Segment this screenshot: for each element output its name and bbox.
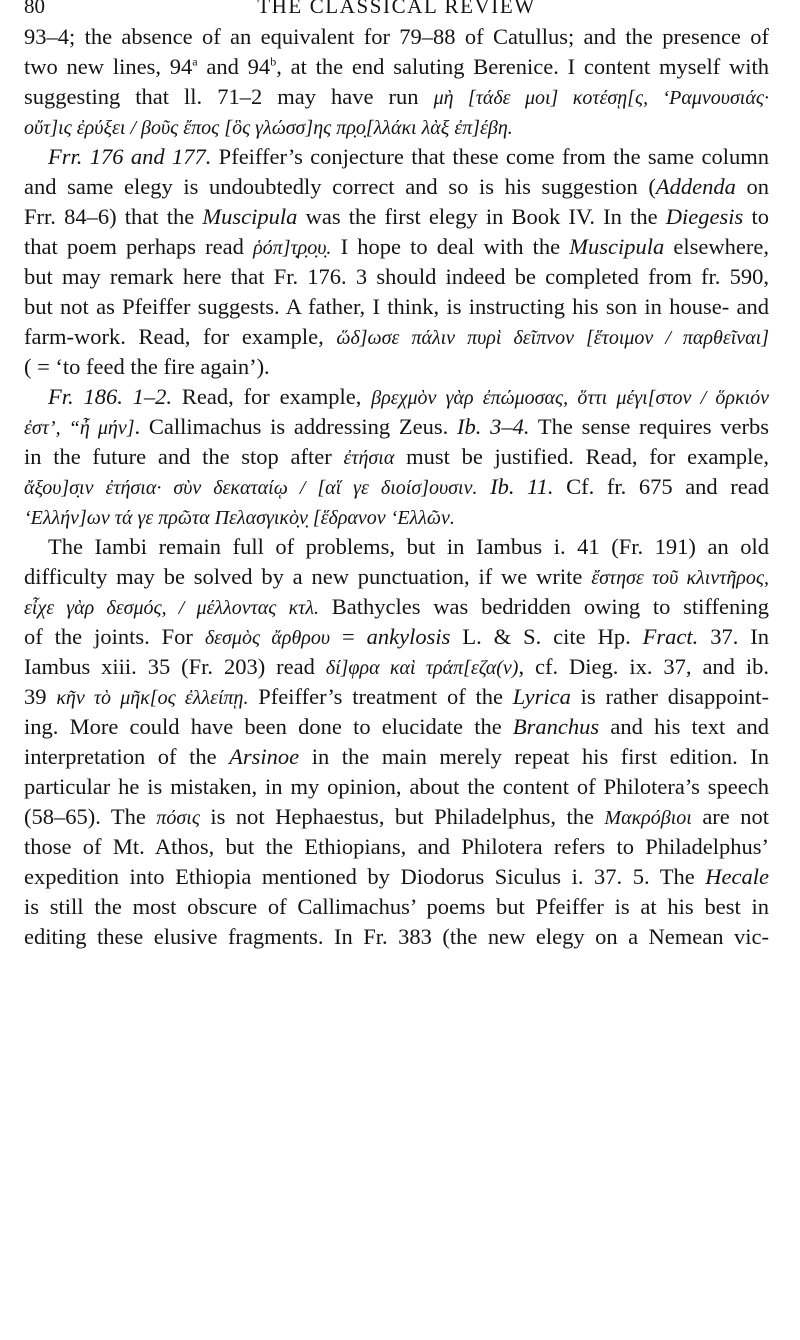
text-line: ing. More could have been done to elucid… (24, 712, 769, 742)
greek-text: ἐτήσια (343, 447, 394, 469)
text-line: farm-work. Read, for example, ὥδ]ωσε πάλ… (24, 322, 769, 352)
text-line: and same elegy is undoubtedly correct an… (24, 172, 769, 202)
text-line: εἶχε γὰρ δεσμός, / μέλλοντας κτλ. Bathyc… (24, 592, 769, 622)
text-line: in the future and the stop after ἐτήσια … (24, 442, 769, 472)
greek-text: ἔστησε τοῦ κλιντῆρος, (591, 567, 769, 589)
greek-text: ἐστ’, “ἦ μήν] (24, 417, 135, 439)
text-line: Frr. 84–6) that the Muscipula was the fi… (24, 202, 769, 232)
text-line: but not as Pfeiffer suggests. A father, … (24, 292, 769, 322)
text-line: ἄξου]σ̣ιν ἐτήσια· σὺν δεκαταίῳ / [αἵ γε … (24, 472, 769, 502)
greek-text: ὥδ]ωσε πάλιν πυρὶ δεῖπνον [ἕτοιμον / παρ… (336, 327, 769, 349)
text-line: 39 κῆν τὸ μῆκ[ος ἐλλείπῃ. Pfeiffer’s tre… (24, 682, 769, 712)
running-head: 80 THE CLASSICAL REVIEW (24, 0, 769, 20)
text-line: but may remark here that Fr. 176. 3 shou… (24, 262, 769, 292)
text-line: expedition into Ethiopia mentioned by Di… (24, 862, 769, 892)
text-line: difficulty may be solved by a new punctu… (24, 562, 769, 592)
text-line: interpretation of the Arsinoe in the mai… (24, 742, 769, 772)
greek-text: ἄξου]σ̣ιν ἐτήσια· σὺν δεκαταίῳ / [αἵ γε … (24, 477, 477, 499)
text-line: suggesting that ll. 71–2 may have run μὴ… (24, 82, 769, 112)
text-line: that poem perhaps read ῥόπ]τ̣ρ̣ο̣υ̣. I h… (24, 232, 769, 262)
greek-text: μὴ [τάδε μοι] κοτέσῃ[ς, ‘Ραμνουσιάς· (434, 87, 769, 109)
fragment-ref: Fr. 186. 1–2. (48, 384, 172, 409)
greek-text: ‘Ελλήν]ων τά γε πρῶτα Πελασγικὸ̣ν̣ [ἕδρα… (24, 507, 455, 529)
greek-text: βρεχμὸν γὰρ ἐπώμοσας, ὅττι μέγι[στον / ὅ… (371, 387, 769, 409)
text-line: Fr. 186. 1–2. Read, for example, βρεχμὸν… (24, 382, 769, 412)
text-line: is still the most obscure of Callimachus… (24, 892, 769, 922)
greek-text: δί]φρα καὶ τράπ[εζα(ν) (326, 657, 519, 679)
text-line: ‘Ελλήν]ων τά γε πρῶτα Πελασγικὸ̣ν̣ [ἕδρα… (24, 502, 769, 532)
text-line: (58–65). The πόσις is not Hephaestus, bu… (24, 802, 769, 832)
fragment-ref: Frr. 176 and 177. (48, 144, 211, 169)
text-line: those of Mt. Athos, but the Ethiopians, … (24, 832, 769, 862)
greek-text: κῆν τὸ μῆκ[ος ἐλλείπῃ. (56, 687, 248, 709)
text-line: of the joints. For δεσμὸς ἄρθρου = ankyl… (24, 622, 769, 652)
journal-page: 80 THE CLASSICAL REVIEW 93–4; the absenc… (0, 0, 800, 1340)
text-line: ( = ‘to feed the fire again’). (24, 352, 769, 382)
journal-title: THE CLASSICAL REVIEW (24, 0, 769, 19)
text-line: editing these elusive fragments. In Fr. … (24, 922, 769, 952)
text-line: ἐστ’, “ἦ μήν]. Callimachus is addressing… (24, 412, 769, 442)
text-line: Iambus xiii. 35 (Fr. 203) read δί]φρα κα… (24, 652, 769, 682)
text-line: 93–4; the absence of an equivalent for 7… (24, 22, 769, 52)
text-line: The Iambi remain full of problems, but i… (24, 532, 769, 562)
greek-text: οὔτ]ις ἐρύξει / βοῦς ἔπος [ὃς γλώσσ]ης π… (24, 117, 513, 139)
text-line: two new lines, 94a and 94b, at the end s… (24, 52, 769, 82)
text-line: Frr. 176 and 177. Pfeiffer’s conjecture … (24, 142, 769, 172)
text-line: οὔτ]ις ἐρύξει / βοῦς ἔπος [ὃς γλώσσ]ης π… (24, 112, 769, 142)
greek-text: εἶχε γὰρ δεσμός, / μέλλοντας κτλ. (24, 597, 319, 619)
text-line: particular he is mistaken, in my opinion… (24, 772, 769, 802)
greek-text: ῥόπ]τ̣ρ̣ο̣υ̣. (253, 237, 331, 259)
